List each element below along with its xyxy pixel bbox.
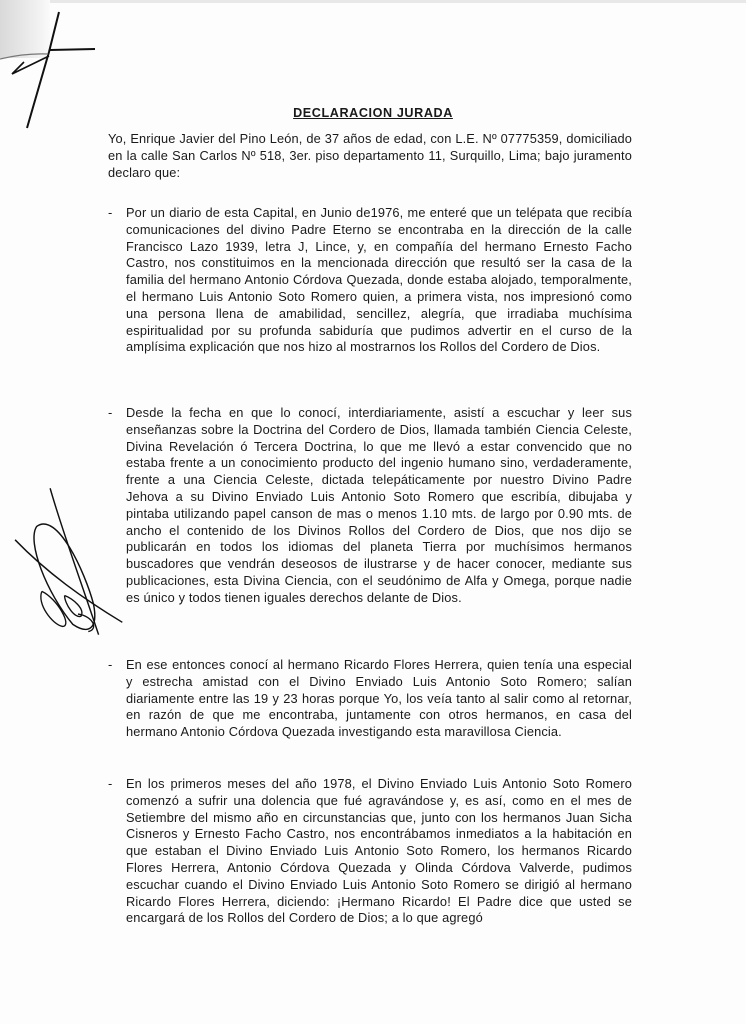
bullet-marker: - [108, 657, 112, 674]
signature-icon [0, 480, 125, 645]
bullet-marker: - [108, 205, 112, 222]
paragraph-text: En los primeros meses del año 1978, el D… [126, 776, 632, 927]
paragraph-text: Por un diario de esta Capital, en Junio … [126, 205, 632, 356]
scan-edge [0, 0, 746, 3]
intro-paragraph: Yo, Enrique Javier del Pino León, de 37 … [108, 131, 632, 181]
document-title: DECLARACION JURADA [0, 106, 746, 120]
bullet-marker: - [108, 776, 112, 793]
bullet-marker: - [108, 405, 112, 422]
paragraph-text: Desde la fecha en que lo conocí, interdi… [126, 405, 632, 607]
document-page: DECLARACION JURADA Yo, Enrique Javier de… [0, 0, 746, 1024]
paragraph-text: En ese entonces conocí al hermano Ricard… [126, 657, 632, 741]
